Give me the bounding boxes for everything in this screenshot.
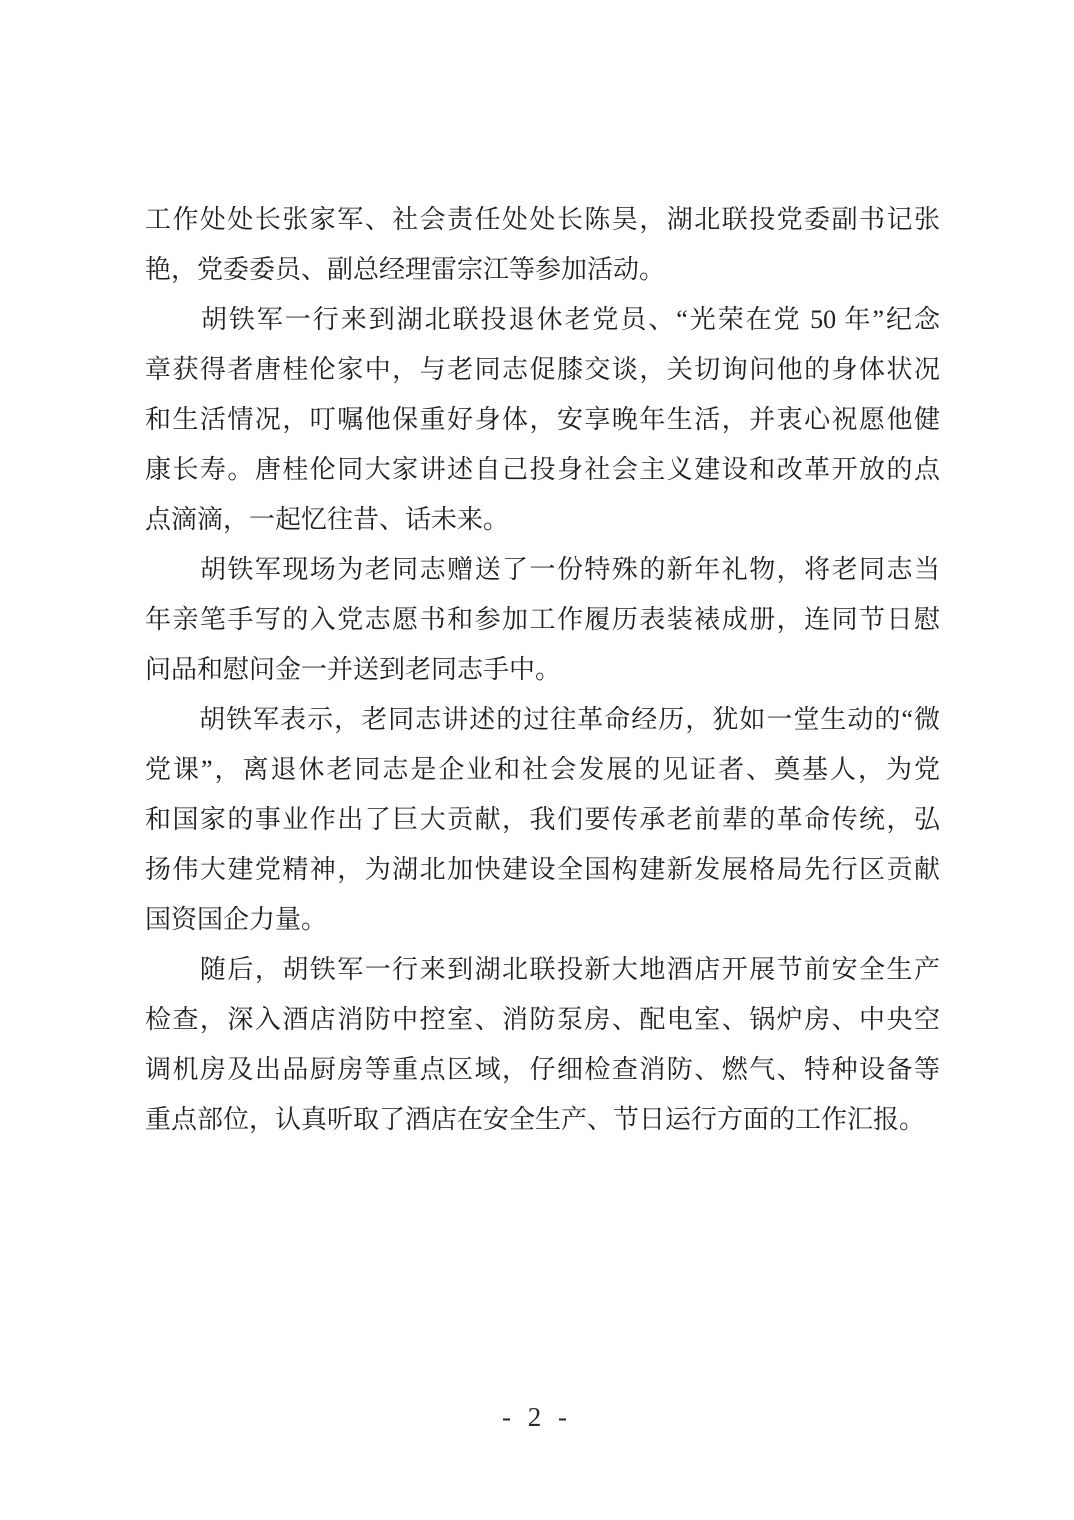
text-line: 和生活情况，叮嘱他保重好身体，安享晚年生活，并衷心祝愿他健 [145, 395, 940, 445]
page-footer: - 2 - [0, 1402, 1074, 1433]
document-body: 工作处处长张家军、社会责任处处长陈昊，湖北联投党委副书记张艳，党委委员、副总经理… [145, 195, 940, 1145]
text-line: 扬伟大建党精神，为湖北加快建设全国构建新发展格局先行区贡献 [145, 845, 940, 895]
text-line: 党课”，离退休老同志是企业和社会发展的见证者、奠基人，为党 [145, 745, 940, 795]
text-line: 康长寿。唐桂伦同大家讲述自己投身社会主义建设和改革开放的点 [145, 445, 940, 495]
paragraph: 胡铁军一行来到湖北联投退休老党员、“光荣在党 50 年”纪念章获得者唐桂伦家中，… [145, 295, 940, 545]
text-line: 调机房及出品厨房等重点区域，仔细检查消防、燃气、特种设备等 [145, 1045, 940, 1095]
text-line: 点滴滴，一起忆往昔、话未来。 [145, 495, 940, 545]
page-number: - 2 - [502, 1402, 572, 1432]
paragraph: 随后，胡铁军一行来到湖北联投新大地酒店开展节前安全生产检查，深入酒店消防中控室、… [145, 945, 940, 1145]
text-line: 工作处处长张家军、社会责任处处长陈昊，湖北联投党委副书记张 [145, 195, 940, 245]
text-line: 检查，深入酒店消防中控室、消防泵房、配电室、锅炉房、中央空 [145, 995, 940, 1045]
text-line: 胡铁军一行来到湖北联投退休老党员、“光荣在党 50 年”纪念 [145, 295, 940, 345]
text-line: 和国家的事业作出了巨大贡献，我们要传承老前辈的革命传统，弘 [145, 795, 940, 845]
text-line: 年亲笔手写的入党志愿书和参加工作履历表装裱成册，连同节日慰 [145, 595, 940, 645]
paragraph: 胡铁军表示，老同志讲述的过往革命经历，犹如一堂生动的“微党课”，离退休老同志是企… [145, 695, 940, 945]
paragraph: 工作处处长张家军、社会责任处处长陈昊，湖北联投党委副书记张艳，党委委员、副总经理… [145, 195, 940, 295]
text-line: 问品和慰问金一并送到老同志手中。 [145, 645, 940, 695]
text-line: 艳，党委委员、副总经理雷宗江等参加活动。 [145, 245, 940, 295]
text-line: 国资国企力量。 [145, 895, 940, 945]
paragraph: 胡铁军现场为老同志赠送了一份特殊的新年礼物，将老同志当年亲笔手写的入党志愿书和参… [145, 545, 940, 695]
text-line: 胡铁军现场为老同志赠送了一份特殊的新年礼物，将老同志当 [145, 545, 940, 595]
document-page: 工作处处长张家军、社会责任处处长陈昊，湖北联投党委副书记张艳，党委委员、副总经理… [0, 0, 1074, 1520]
text-line: 重点部位，认真听取了酒店在安全生产、节日运行方面的工作汇报。 [145, 1095, 940, 1145]
text-line: 随后，胡铁军一行来到湖北联投新大地酒店开展节前安全生产 [145, 945, 940, 995]
text-line: 胡铁军表示，老同志讲述的过往革命经历，犹如一堂生动的“微 [145, 695, 940, 745]
text-line: 章获得者唐桂伦家中，与老同志促膝交谈，关切询问他的身体状况 [145, 345, 940, 395]
